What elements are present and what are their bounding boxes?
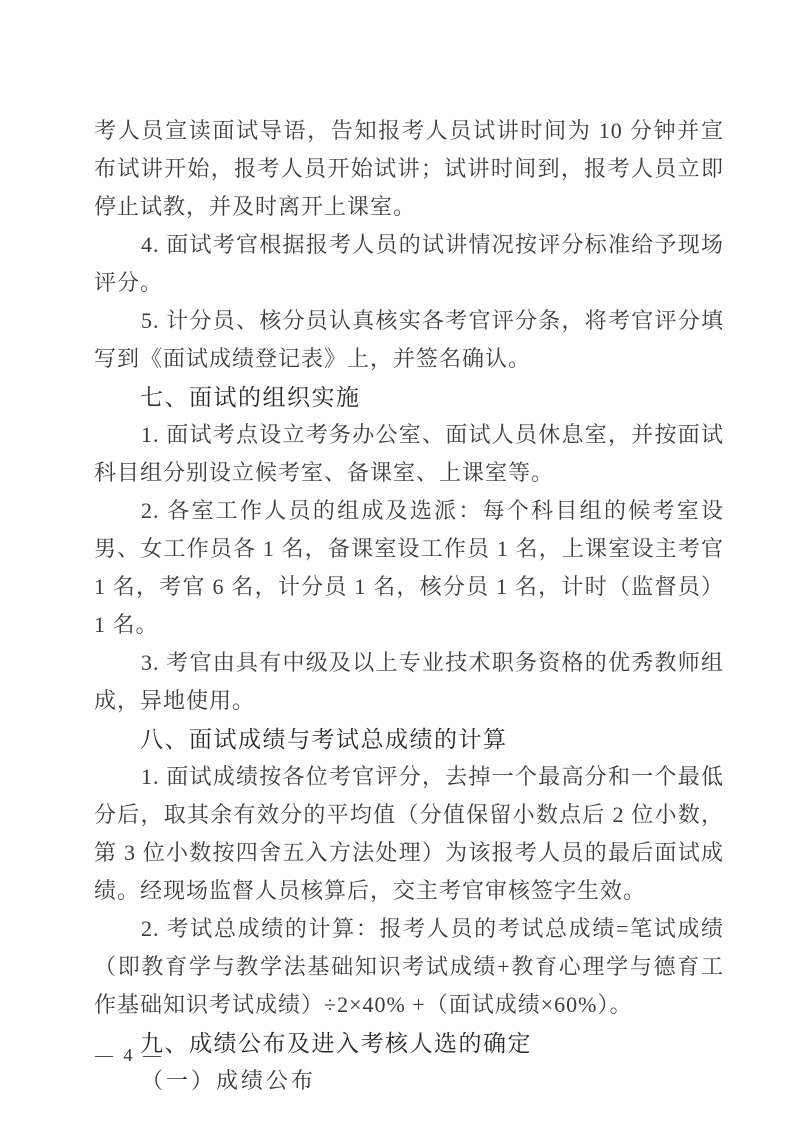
paragraph-item-7-3: 3. 考官由具有中级及以上专业技术职务资格的优秀教师组成，异地使用。 — [94, 644, 724, 720]
paragraph-intro-continuation: 考人员宣读面试导语，告知报考人员试讲时间为 10 分钟并宣布试讲开始，报考人员开… — [94, 112, 724, 226]
paragraph-item-7-2: 2. 各室工作人员的组成及选派：每个科目组的候考室设男、女工作员各 1 名，备课… — [94, 492, 724, 644]
subsection-heading-9-1: （一）成绩公布 — [94, 1062, 724, 1100]
section-heading-9: 九、成绩公布及进入考核人选的确定 — [94, 1024, 724, 1062]
paragraph-item-8-2: 2. 考试总成绩的计算：报考人员的考试总成绩=笔试成绩（即教育学与教学法基础知识… — [94, 910, 724, 1024]
page-number: — 4 — — [95, 1045, 164, 1065]
paragraph-item-8-1: 1. 面试成绩按各位考官评分，去掉一个最高分和一个最低分后，取其余有效分的平均值… — [94, 758, 724, 910]
paragraph-item-5: 5. 计分员、核分员认真核实各考官评分条，将考官评分填写到《面试成绩登记表》上，… — [94, 302, 724, 378]
paragraph-item-7-1: 1. 面试考点设立考务办公室、面试人员休息室，并按面试科目组分别设立候考室、备课… — [94, 416, 724, 492]
paragraph-item-4: 4. 面试考官根据报考人员的试讲情况按评分标准给予现场评分。 — [94, 226, 724, 302]
page-footer: — 4 — — [95, 1042, 164, 1068]
document-page: 考人员宣读面试导语，告知报考人员试讲时间为 10 分钟并宣布试讲开始，报考人员开… — [0, 0, 800, 1131]
section-heading-7: 七、面试的组织实施 — [94, 378, 724, 416]
document-body: 考人员宣读面试导语，告知报考人员试讲时间为 10 分钟并宣布试讲开始，报考人员开… — [94, 112, 724, 1100]
section-heading-8: 八、面试成绩与考试总成绩的计算 — [94, 720, 724, 758]
